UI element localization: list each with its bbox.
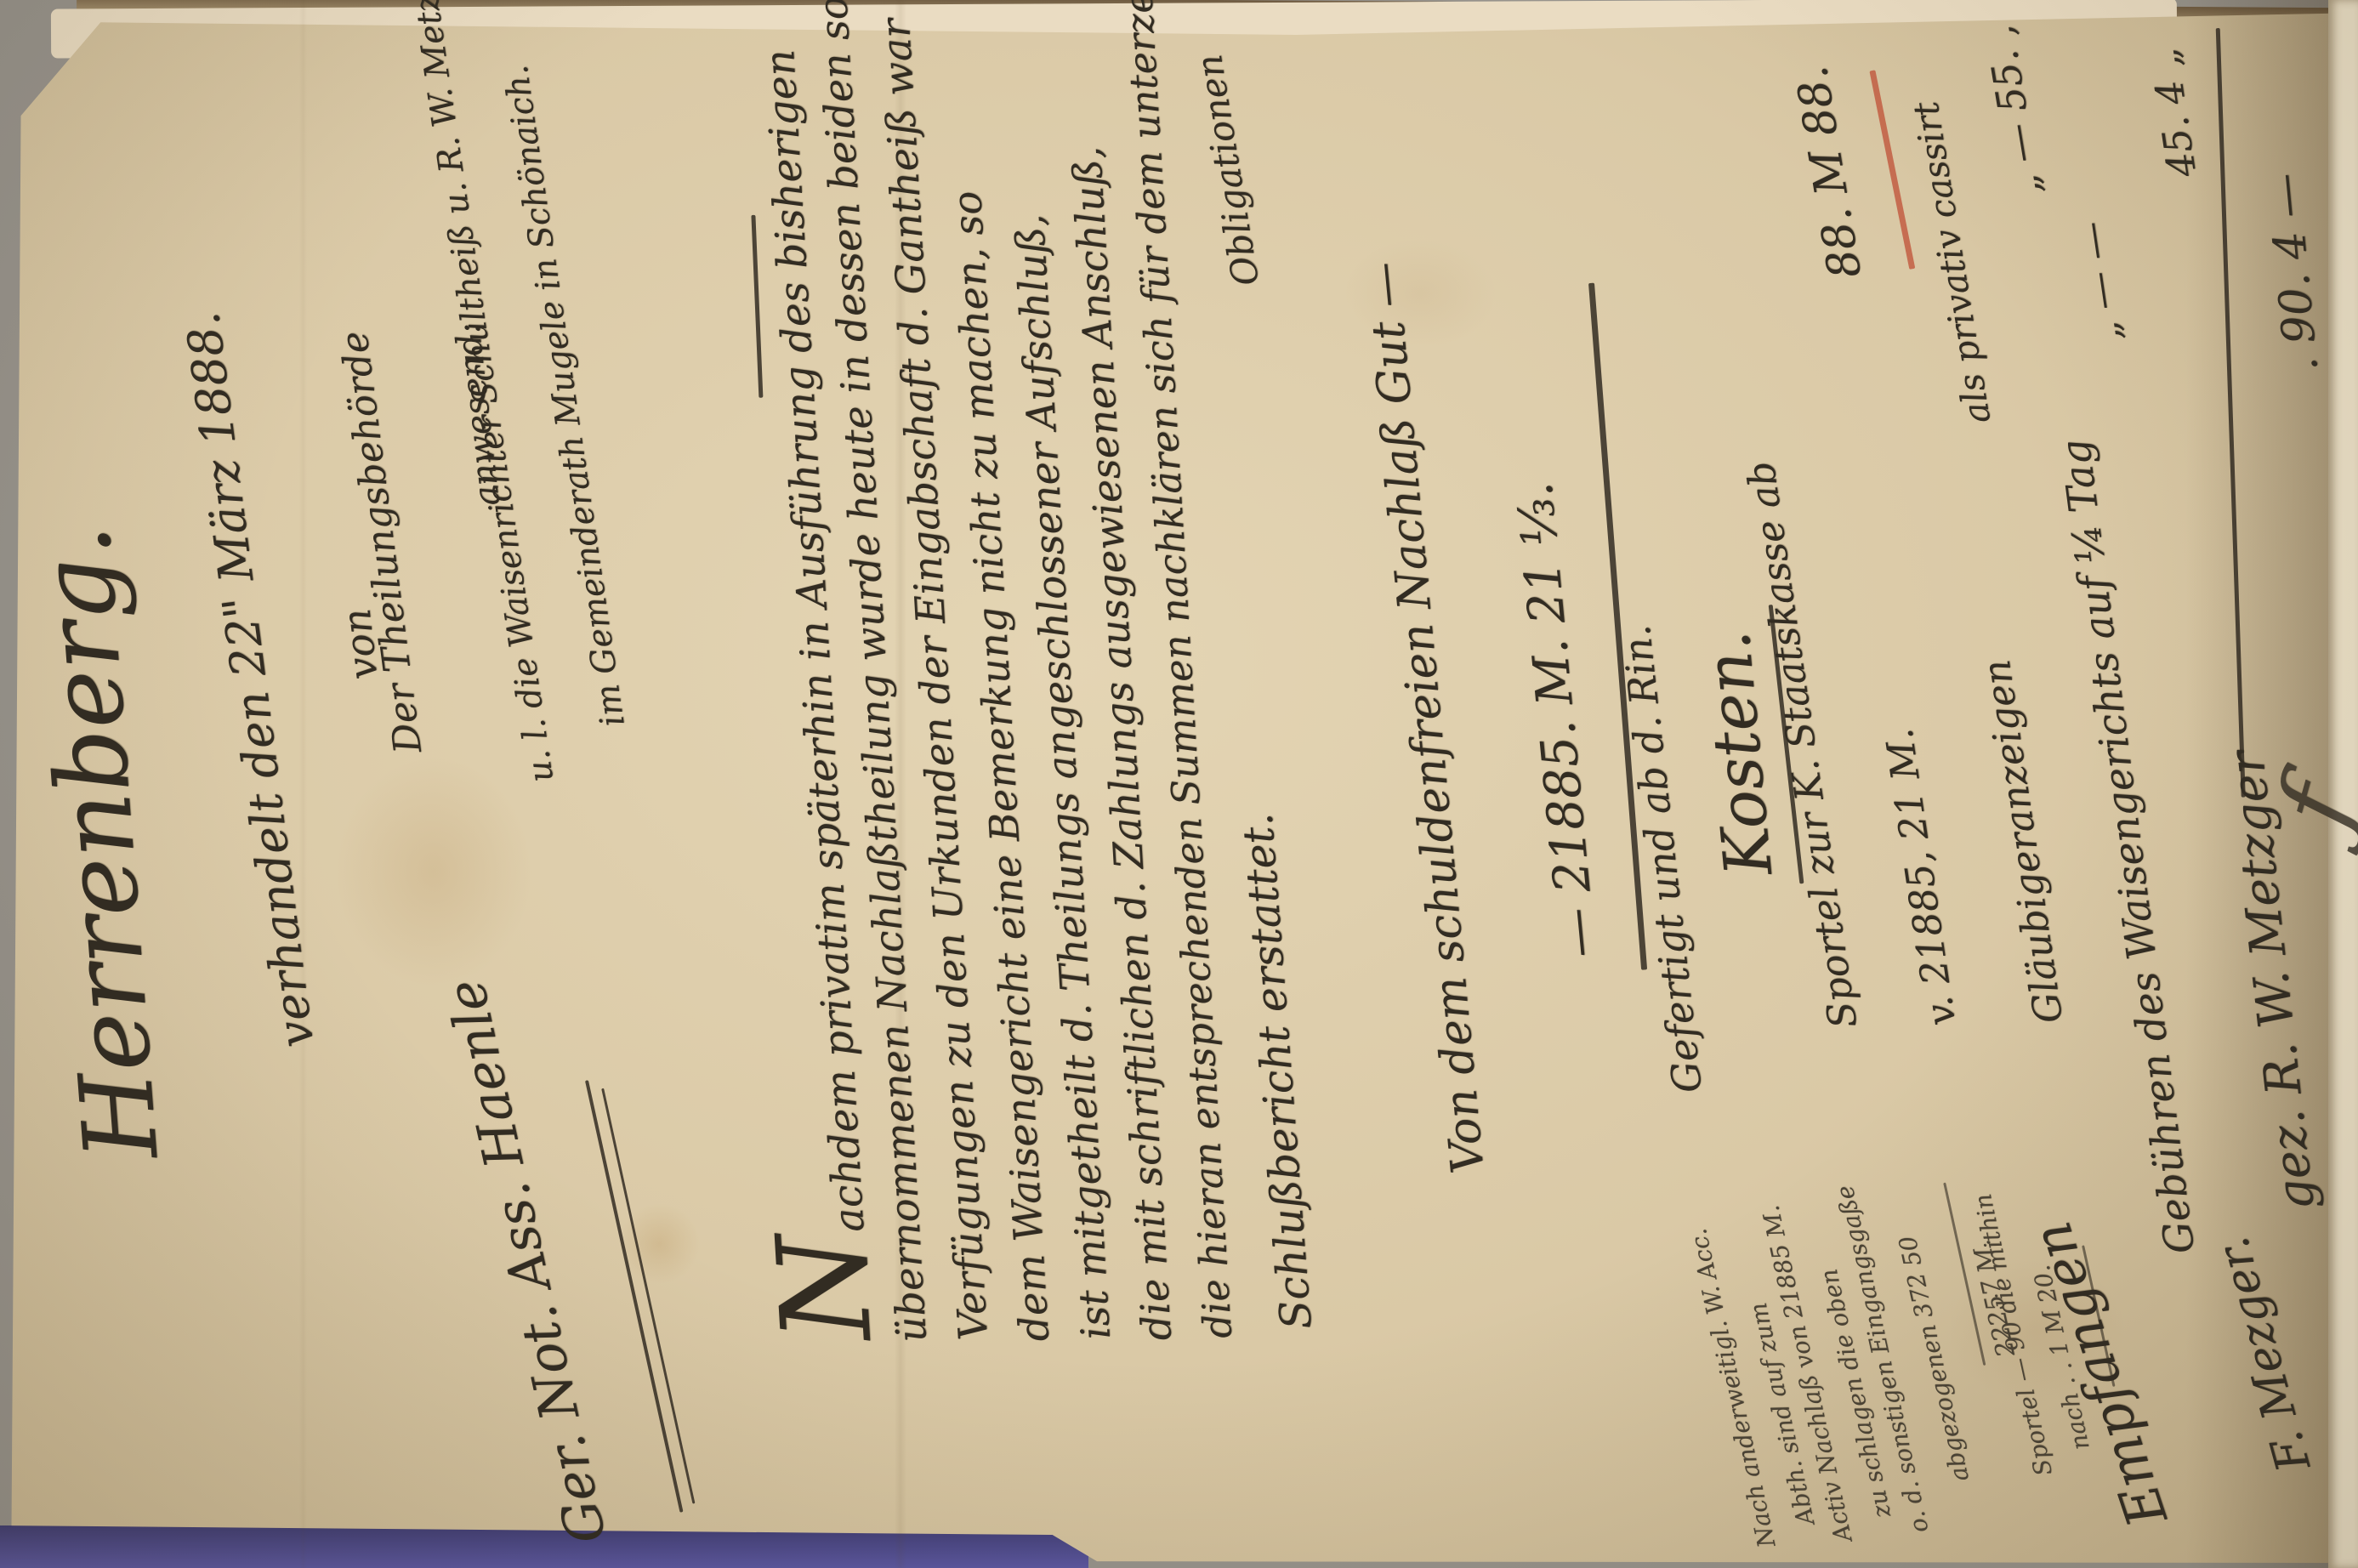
cost-row2-label: v. 21885, 21 M. — [1876, 726, 1964, 1029]
cost-row2-amount: „ — 55. , — [1976, 22, 2049, 199]
cost-row1-amount: 88. M 88. — [1787, 63, 1872, 282]
section-dash — [751, 215, 763, 398]
cost-row2-note: als privativ cassirt — [1905, 99, 1998, 426]
cost-row3-amount: „ — — — [2068, 219, 2130, 344]
red-underline — [1869, 70, 1915, 270]
estate-line: Von dem schuldenfreien Nachlaß Gut — — [1357, 260, 1495, 1176]
body-insert-word: Obligationen — [1188, 52, 1267, 289]
totals-rule — [2216, 28, 2246, 798]
place-heading: Herrenberg. — [15, 522, 181, 1164]
cost-row3-label: Gläubigeranzeigen — [1974, 657, 2071, 1026]
clerk-signature-underline — [585, 1080, 684, 1513]
page-content: Herrenberg. verhandelt den 22" März 1888… — [0, 0, 2358, 1568]
clerk-signature: Ger. Not. Ass. Haenle — [434, 974, 618, 1549]
authority-line: Der Theilungsbehörde — [332, 329, 430, 756]
cost-total-line: . 90. 4 — — [2259, 171, 2328, 374]
cost-row4-amount: 45. 4 „ — [2142, 46, 2206, 180]
closing-line: Schlußbericht erstattet. — [1232, 811, 1321, 1331]
date-line: verhandelt den 22" März 1888. — [175, 309, 325, 1050]
cost-row4-label: Gebühren des Waisengerichts auf ¼ Tag — [2052, 437, 2204, 1257]
received-signature: F. Mezger. — [2205, 1231, 2321, 1477]
received-word: Empfangen — [2020, 1214, 2179, 1534]
clerk-signature-underline — [601, 1088, 695, 1504]
manuscript-photo: Herrenberg. verhandelt den 22" März 1888… — [0, 0, 2358, 1568]
estate-sum: — 21885. M. 21 ⅓. — [1505, 480, 1607, 960]
